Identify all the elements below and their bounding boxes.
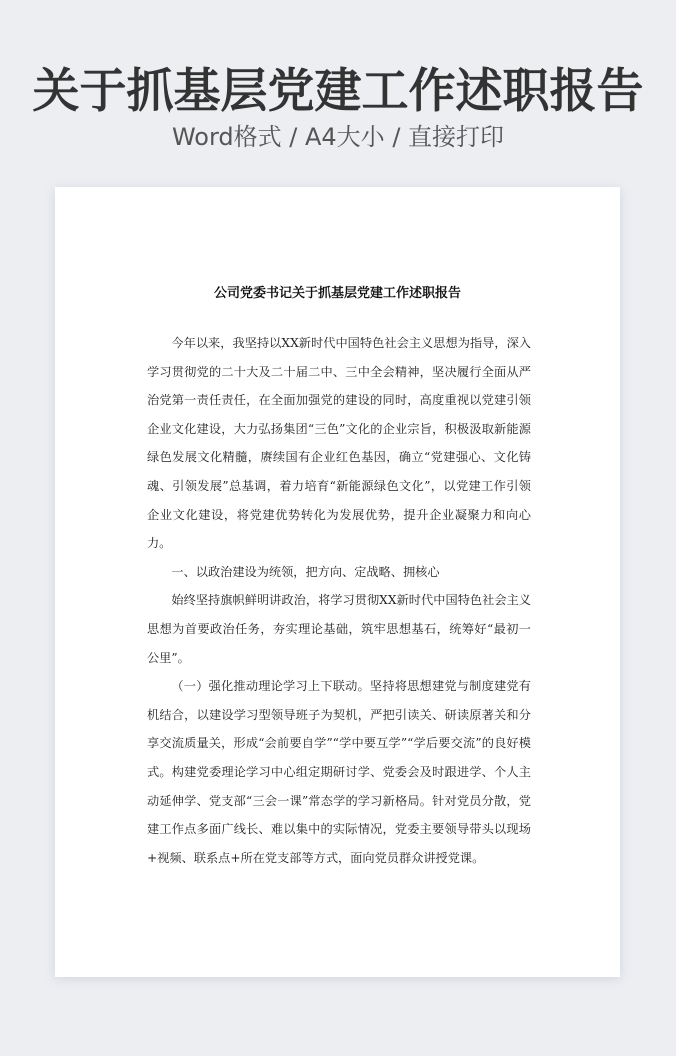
subsection-1-1: （一）强化推动理论学习上下联动。坚持将思想建党与制度建党有机结合，以建设学习型领… [147,672,531,872]
banner-subtitle: Word格式 / A4大小 / 直接打印 [0,120,676,154]
document-page: 公司党委书记关于抓基层党建工作述职报告 今年以来，我坚持以XX新时代中国特色社会… [55,187,620,977]
document-title: 公司党委书记关于抓基层党建工作述职报告 [55,284,620,304]
document-body: 今年以来，我坚持以XX新时代中国特色社会主义思想为指导，深入学习贯彻党的二十大及… [147,329,531,872]
section-heading-1: 一、以政治建设为统领，把方向、定战略、拥核心 [147,558,531,587]
paragraph-intro: 今年以来，我坚持以XX新时代中国特色社会主义思想为指导，深入学习贯彻党的二十大及… [147,329,531,558]
paragraph-section-1: 始终坚持旗帜鲜明讲政治，将学习贯彻XX新时代中国特色社会主义思想为首要政治任务，… [147,586,531,672]
banner-title: 关于抓基层党建工作述职报告 [0,62,676,122]
